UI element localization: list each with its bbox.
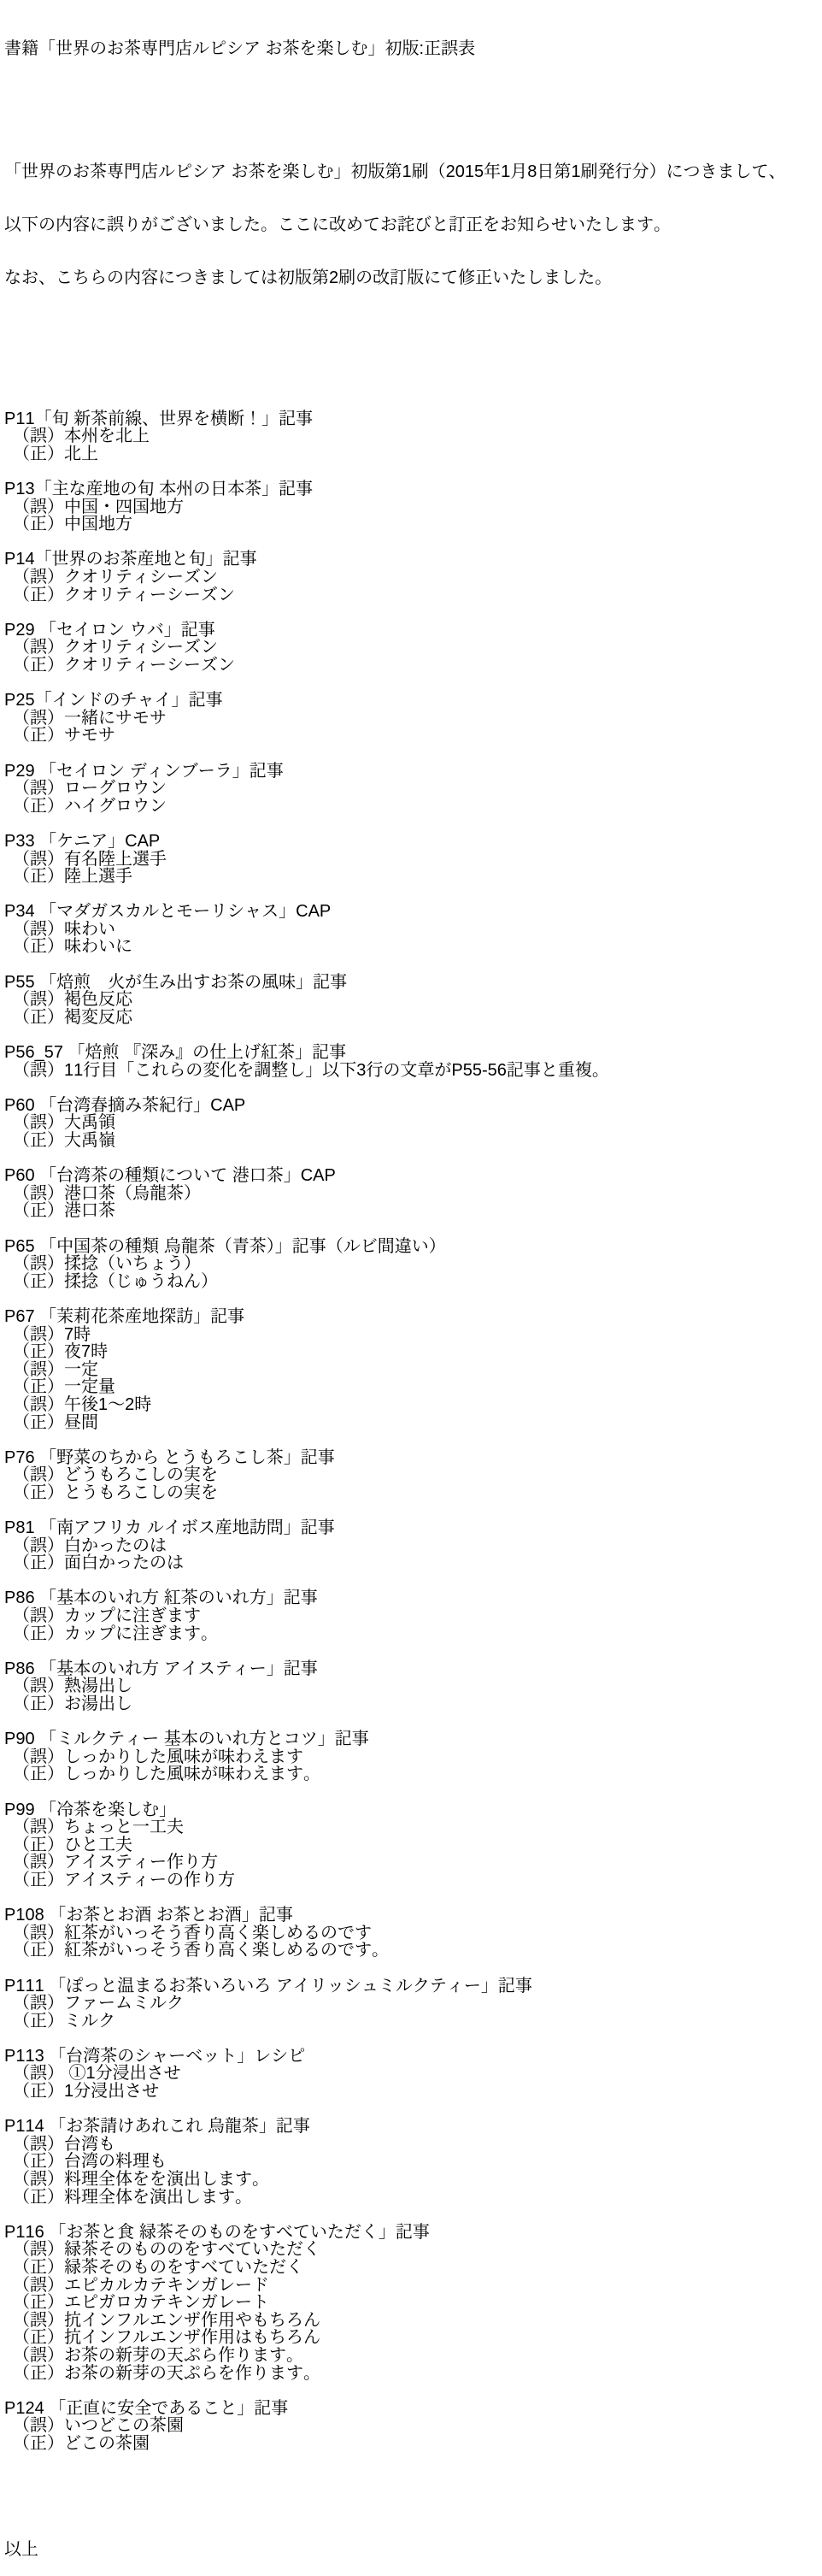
errata-entry: P56_57 「焙煎 『深み』の仕上げ紅茶」記事（誤）11行目「これらの変化を調…: [4, 1044, 819, 1079]
entry-heading: P55 「焙煎 火が生み出すお茶の風味」記事: [4, 974, 819, 992]
document-title: 書籍「世界のお茶専門店ルピシア お茶を楽しむ」初版:正誤表: [4, 40, 819, 58]
wrong-line: （誤）緑茶そのもののをすべていただく: [4, 2241, 819, 2259]
entry-heading: P86 「基本のいれ方 紅茶のいれ方」記事: [4, 1589, 819, 1607]
right-line: （正）エピガロカテキンガレート: [4, 2294, 819, 2312]
right-line: （正）どこの茶園: [4, 2435, 819, 2453]
errata-entry: P34 「マダガスカルとモーリシャス」CAP（誤）味わい（正）味わいに: [4, 903, 819, 956]
entry-heading: P90 「ミルクティー 基本のいれ方とコツ」記事: [4, 1730, 819, 1748]
entry-heading: P108 「お茶とお酒 お茶とお酒」記事: [4, 1907, 819, 1925]
entry-heading: P113 「台湾茶のシャーベット」レシピ: [4, 2048, 819, 2066]
wrong-line: （誤）中国・四国地方: [4, 498, 819, 516]
right-line: （正）カップに注ぎます。: [4, 1625, 819, 1643]
right-line: （正）面白かったのは: [4, 1554, 819, 1572]
entry-heading: P13「主な産地の旬 本州の日本茶」記事: [4, 480, 819, 498]
entry-heading: P60 「台湾茶の種類について 港口茶」CAP: [4, 1167, 819, 1185]
right-line: （正）紅茶がいっそう香り高く楽しめるのです。: [4, 1942, 819, 1960]
errata-entry: P116 「お茶と食 緑茶そのものをすべていただく」記事（誤）緑茶そのもののをす…: [4, 2224, 819, 2382]
errata-entry: P124 「正直に安全であること」記事（誤）いつどこの茶園（正）どこの茶園: [4, 2400, 819, 2453]
errata-entry: P25「インドのチャイ」記事（誤）一緒にサモサ（正）サモサ: [4, 692, 819, 745]
wrong-line: （誤）有名陸上選手: [4, 851, 819, 869]
right-line: （正）しっかりした風味が味わえます。: [4, 1765, 819, 1783]
wrong-line: （誤）クオリティシーズン: [4, 569, 819, 587]
wrong-line: （誤）しっかりした風味が味わえます: [4, 1748, 819, 1766]
errata-entry: P29 「セイロン ウバ」記事（誤）クオリティシーズン（正）クオリティーシーズン: [4, 622, 819, 675]
errata-entry: P76 「野菜のちから とうもろこし茶」記事（誤）どうもろこしの実を（正）とうも…: [4, 1449, 819, 1502]
wrong-line: （誤）台湾も: [4, 2136, 819, 2154]
entry-heading: P111 「ぽっと温まるお茶いろいろ アイリッシュミルクティー」記事: [4, 1978, 819, 1995]
wrong-line: （誤）ちょっと一工夫: [4, 1819, 819, 1836]
errata-entry: P60 「台湾春摘み茶紀行」CAP（誤）大禹領（正）大禹嶺: [4, 1097, 819, 1150]
right-line: （正）1分浸出させ: [4, 2083, 819, 2101]
entry-heading: P60 「台湾春摘み茶紀行」CAP: [4, 1097, 819, 1115]
errata-entry: P99 「冷茶を楽しむ」（誤）ちょっと一工夫（正）ひと工夫（誤）アイスティー作り…: [4, 1801, 819, 1889]
wrong-line: （誤）揉捻（いちょう）: [4, 1255, 819, 1273]
wrong-line: （誤）アイスティー作り方: [4, 1854, 819, 1872]
right-line: （正）昼間: [4, 1414, 819, 1432]
closing-text: 以上: [4, 2541, 819, 2559]
right-line: （正）味わいに: [4, 938, 819, 956]
right-line: （正）お茶の新芽の天ぷらを作ります。: [4, 2365, 819, 2383]
wrong-line: （誤） ①1分浸出させ: [4, 2065, 819, 2083]
errata-entry: P33 「ケニア」CAP（誤）有名陸上選手（正）陸上選手: [4, 833, 819, 886]
entry-heading: P114 「お茶請けあれこれ 烏龍茶」記事: [4, 2118, 819, 2136]
wrong-line: （誤）味わい: [4, 921, 819, 939]
errata-entry: P65 「中国茶の種類 烏龍茶（青茶）」記事（ルビ間違い）（誤）揉捻（いちょう）…: [4, 1238, 819, 1291]
wrong-line: （誤）ファームミルク: [4, 1995, 819, 2013]
entry-heading: P65 「中国茶の種類 烏龍茶（青茶）」記事（ルビ間違い）: [4, 1238, 819, 1256]
right-line: （正）サモサ: [4, 727, 819, 745]
intro-line-3: なお、こちらの内容につきましては初版第2刷の改訂版にて修正いたしました。: [4, 269, 819, 287]
right-line: （正）陸上選手: [4, 868, 819, 886]
errata-entry: P86 「基本のいれ方 紅茶のいれ方」記事（誤）カップに注ぎます（正）カップに注…: [4, 1589, 819, 1642]
errata-entry: P11「旬 新茶前線、世界を横断！」記事（誤）本州を北上（正）北上: [4, 410, 819, 463]
wrong-line: （誤）一定: [4, 1361, 819, 1379]
wrong-line: （誤）白かったのは: [4, 1537, 819, 1555]
wrong-line: （誤）抗インフルエンザ作用やもちろん: [4, 2312, 819, 2330]
right-line: （正）夜7時: [4, 1343, 819, 1361]
entry-heading: P29 「セイロン ウバ」記事: [4, 622, 819, 640]
errata-entry: P55 「焙煎 火が生み出すお茶の風味」記事（誤）褐色反応（正）褐変反応: [4, 974, 819, 1027]
entry-heading: P56_57 「焙煎 『深み』の仕上げ紅茶」記事: [4, 1044, 819, 1062]
entry-heading: P99 「冷茶を楽しむ」: [4, 1801, 819, 1819]
wrong-line: （誤）午後1～2時: [4, 1396, 819, 1414]
entry-heading: P81 「南アフリカ ルイボス産地訪問」記事: [4, 1519, 819, 1537]
intro-line-1: 「世界のお茶専門店ルピシア お茶を楽しむ」初版第1刷（2015年1月8日第1刷発…: [4, 163, 819, 181]
right-line: （正）大禹嶺: [4, 1132, 819, 1150]
errata-entry: P113 「台湾茶のシャーベット」レシピ（誤） ①1分浸出させ（正）1分浸出させ: [4, 2048, 819, 2101]
entry-heading: P11「旬 新茶前線、世界を横断！」記事: [4, 410, 819, 428]
errata-entry: P67 「茉莉花茶産地探訪」記事（誤）7時（正）夜7時（誤）一定（正）一定量（誤…: [4, 1308, 819, 1431]
wrong-line: （誤）本州を北上: [4, 427, 819, 445]
entry-heading: P33 「ケニア」CAP: [4, 833, 819, 851]
entry-heading: P116 「お茶と食 緑茶そのものをすべていただく」記事: [4, 2224, 819, 2242]
errata-entry: P81 「南アフリカ ルイボス産地訪問」記事（誤）白かったのは（正）面白かったの…: [4, 1519, 819, 1572]
right-line: （正）クオリティーシーズン: [4, 657, 819, 675]
wrong-line: （誤）ローグロウン: [4, 780, 819, 798]
errata-entries: P11「旬 新茶前線、世界を横断！」記事（誤）本州を北上（正）北上P13「主な産…: [4, 410, 819, 2453]
errata-entry: P114 「お茶請けあれこれ 烏龍茶」記事（誤）台湾も（正）台湾の料理も（誤）料…: [4, 2118, 819, 2206]
entry-heading: P25「インドのチャイ」記事: [4, 692, 819, 710]
entry-heading: P67 「茉莉花茶産地探訪」記事: [4, 1308, 819, 1326]
errata-document: 書籍「世界のお茶専門店ルピシア お茶を楽しむ」初版:正誤表 「世界のお茶専門店ル…: [0, 0, 822, 2576]
wrong-line: （誤）どうもろこしの実を: [4, 1466, 819, 1484]
entry-heading: P86 「基本のいれ方 アイスティー」記事: [4, 1660, 819, 1678]
wrong-line: （誤）エピカルカテキンガレード: [4, 2277, 819, 2295]
entry-heading: P124 「正直に安全であること」記事: [4, 2400, 819, 2418]
right-line: （正）北上: [4, 445, 819, 463]
right-line: （正）とうもろこしの実を: [4, 1484, 819, 1502]
errata-entry: P111 「ぽっと温まるお茶いろいろ アイリッシュミルクティー」記事（誤）ファー…: [4, 1978, 819, 2031]
right-line: （正）抗インフルエンザ作用はもちろん: [4, 2329, 819, 2347]
wrong-line: （誤）クオリティシーズン: [4, 639, 819, 657]
wrong-line: （誤）料理全体をを演出します。: [4, 2171, 819, 2189]
wrong-line: （誤）紅茶がいっそう香り高く楽しめるのです: [4, 1925, 819, 1942]
errata-entry: P60 「台湾茶の種類について 港口茶」CAP（誤）港口茶（烏龍茶）（正）港口茶: [4, 1167, 819, 1220]
errata-entry: P14「世界のお茶産地と旬」記事（誤）クオリティシーズン（正）クオリティーシーズ…: [4, 551, 819, 604]
entry-heading: P34 「マダガスカルとモーリシャス」CAP: [4, 903, 819, 921]
wrong-line: （誤）7時: [4, 1326, 819, 1344]
wrong-line: （誤）褐色反応: [4, 991, 819, 1009]
errata-entry: P108 「お茶とお酒 お茶とお酒」記事（誤）紅茶がいっそう香り高く楽しめるので…: [4, 1907, 819, 1960]
entry-heading: P76 「野菜のちから とうもろこし茶」記事: [4, 1449, 819, 1467]
right-line: （正）ひと工夫: [4, 1836, 819, 1854]
errata-entry: P86 「基本のいれ方 アイスティー」記事（誤）熱湯出し（正）お湯出し: [4, 1660, 819, 1713]
right-line: （正）お湯出し: [4, 1695, 819, 1713]
entry-heading: P14「世界のお茶産地と旬」記事: [4, 551, 819, 569]
errata-entry: P13「主な産地の旬 本州の日本茶」記事（誤）中国・四国地方（正）中国地方: [4, 480, 819, 533]
right-line: （正）揉捻（じゅうねん）: [4, 1273, 819, 1291]
wrong-line: （誤）いつどこの茶園: [4, 2417, 819, 2435]
wrong-line: （誤）お茶の新芽の天ぷら作ります。: [4, 2347, 819, 2365]
intro-line-2: 以下の内容に誤りがございました。ここに改めてお詫びと訂正をお知らせいたします。: [4, 216, 819, 234]
right-line: （正）アイスティーの作り方: [4, 1872, 819, 1889]
entry-heading: P29 「セイロン ディンブーラ」記事: [4, 763, 819, 781]
right-line: （正）ハイグロウン: [4, 798, 819, 816]
right-line: （正）一定量: [4, 1378, 819, 1396]
right-line: （正）褐変反応: [4, 1009, 819, 1027]
errata-entry: P29 「セイロン ディンブーラ」記事（誤）ローグロウン（正）ハイグロウン: [4, 763, 819, 816]
right-line: （正）緑茶そのものをすべていただく: [4, 2259, 819, 2277]
right-line: （正）台湾の料理も: [4, 2153, 819, 2171]
right-line: （正）クオリティーシーズン: [4, 587, 819, 604]
right-line: （正）料理全体を演出します。: [4, 2189, 819, 2207]
right-line: （正）港口茶: [4, 1202, 819, 1220]
wrong-line: （誤）熱湯出し: [4, 1677, 819, 1695]
errata-entry: P90 「ミルクティー 基本のいれ方とコツ」記事（誤）しっかりした風味が味わえま…: [4, 1730, 819, 1783]
wrong-line: （誤）カップに注ぎます: [4, 1607, 819, 1625]
wrong-line: （誤）一緒にサモサ: [4, 710, 819, 728]
intro-paragraph: 「世界のお茶専門店ルピシア お茶を楽しむ」初版第1刷（2015年1月8日第1刷発…: [4, 128, 819, 322]
wrong-line: （誤）11行目「これらの変化を調整し」以下3行の文章がP55-56記事と重複。: [4, 1062, 819, 1080]
right-line: （正）中国地方: [4, 516, 819, 533]
wrong-line: （誤）大禹領: [4, 1114, 819, 1132]
wrong-line: （誤）港口茶（烏龍茶）: [4, 1185, 819, 1203]
right-line: （正）ミルク: [4, 2013, 819, 2031]
